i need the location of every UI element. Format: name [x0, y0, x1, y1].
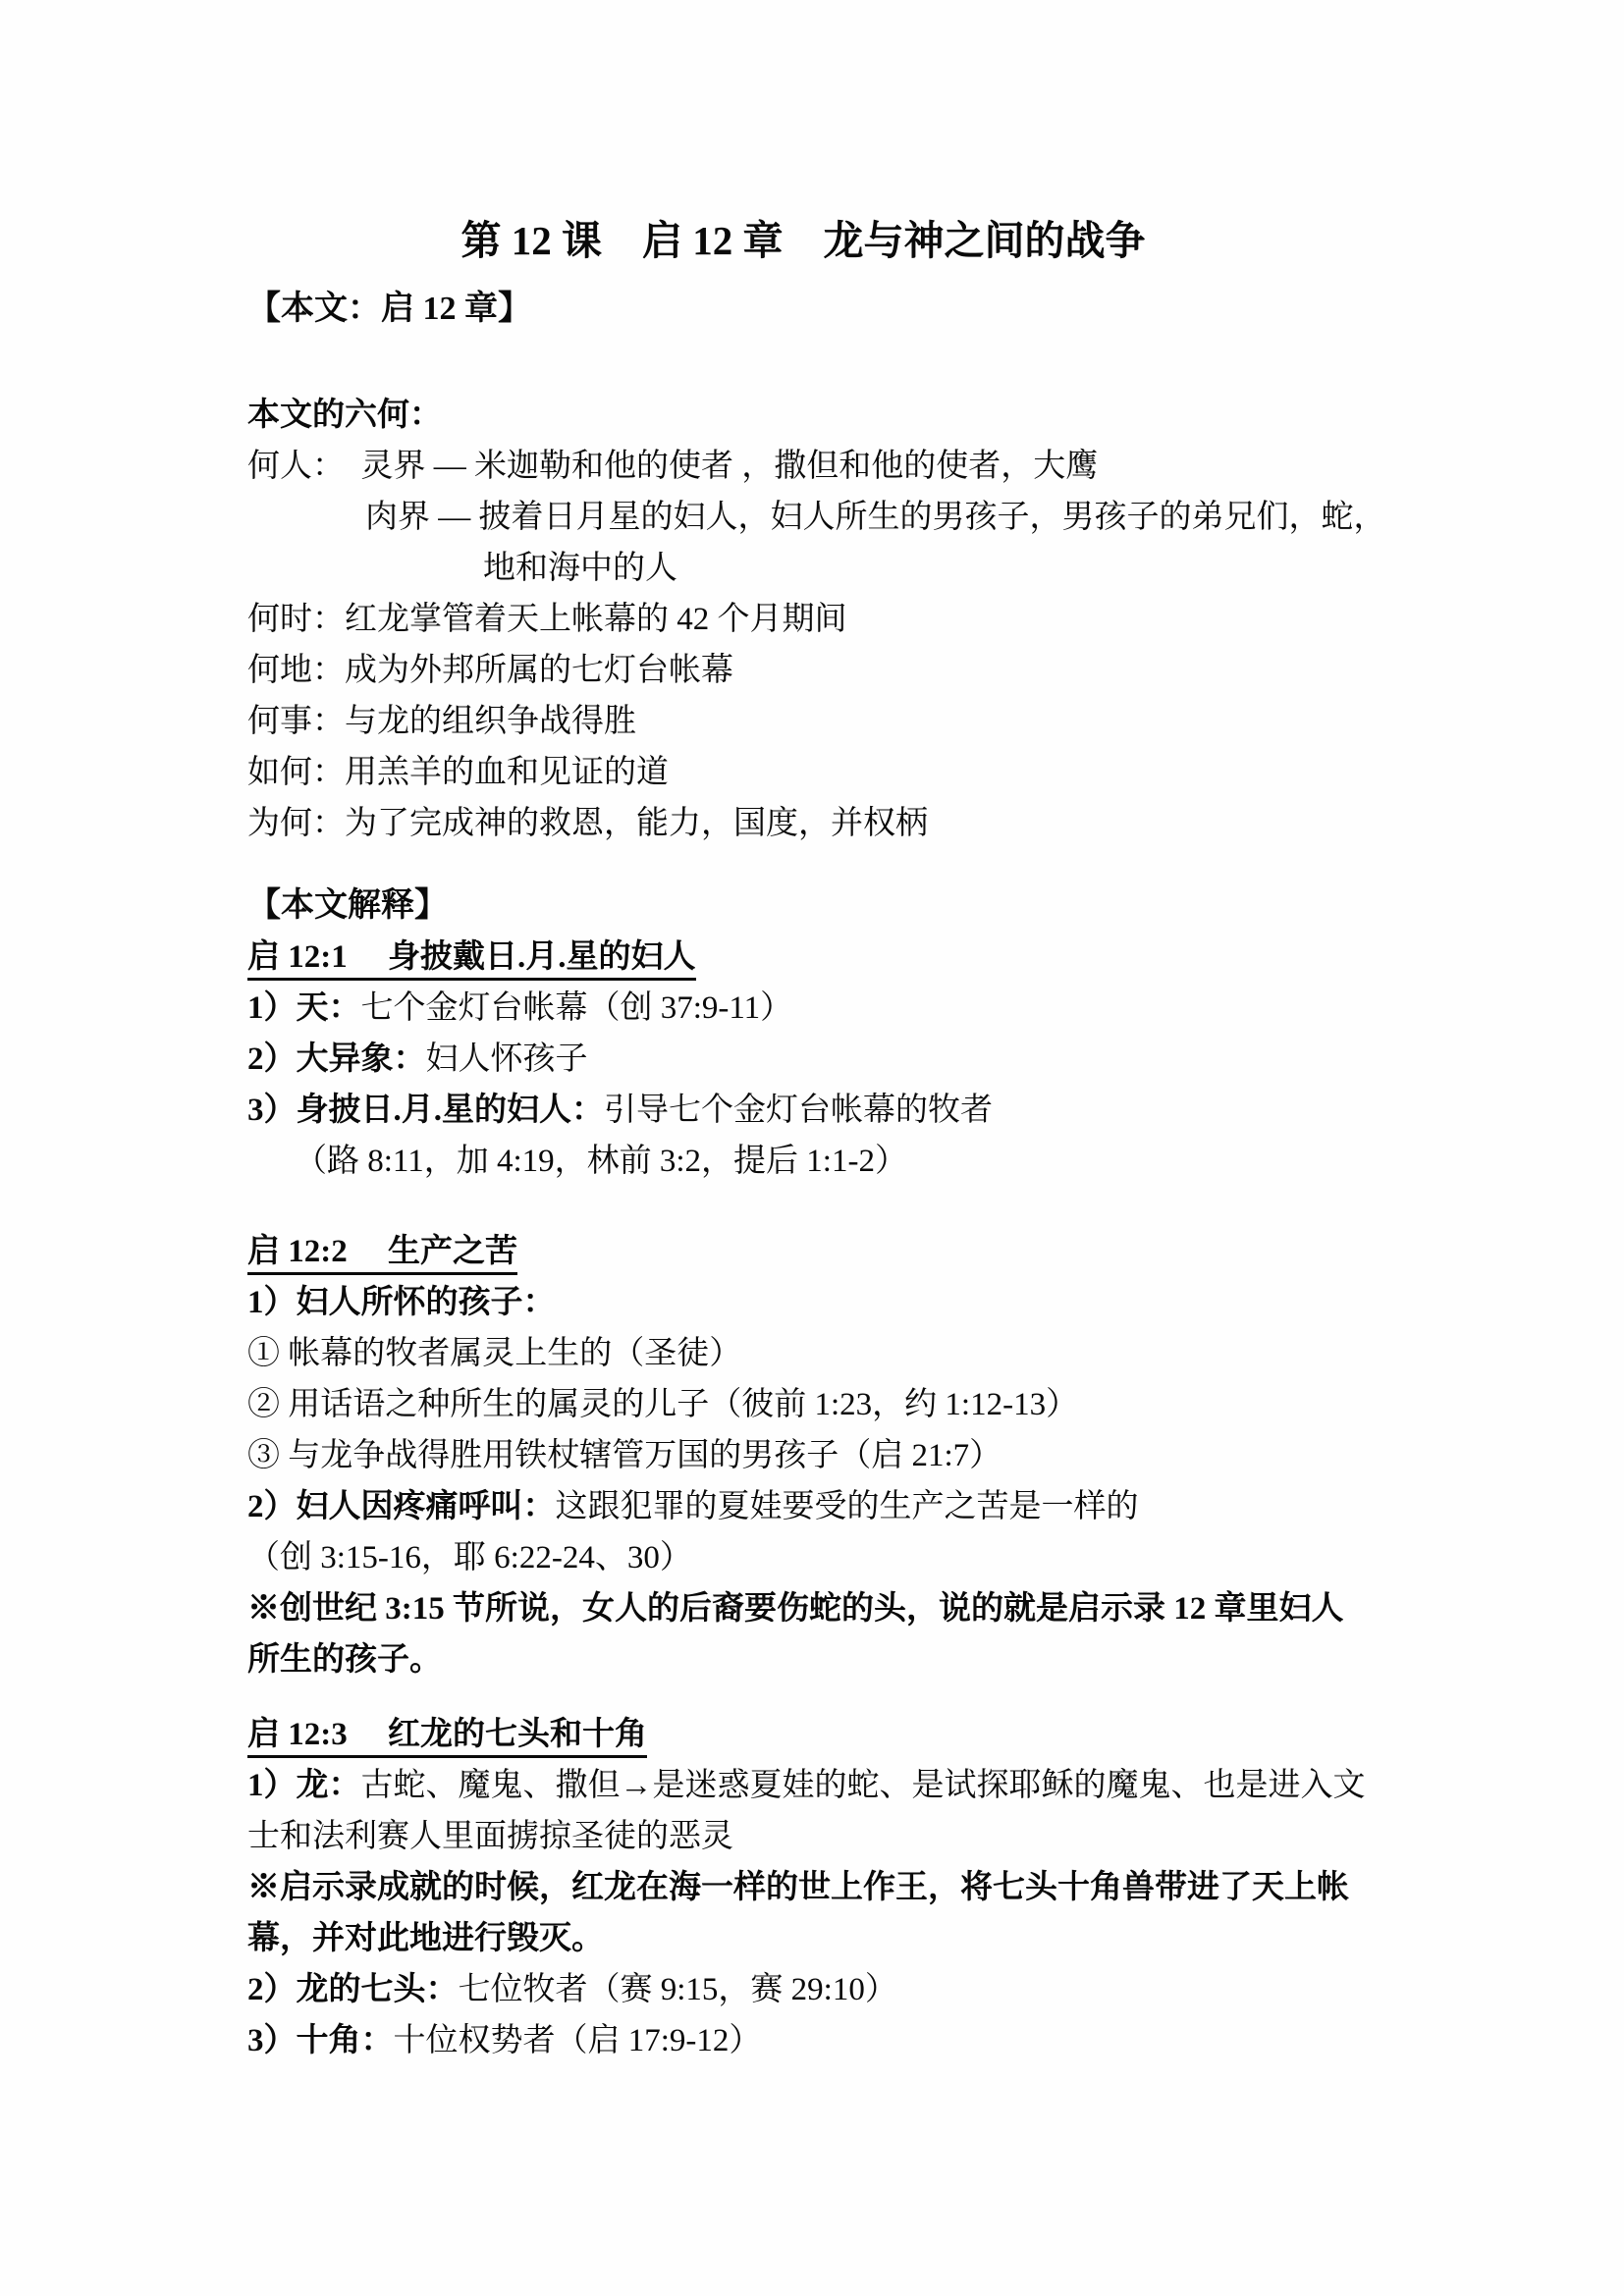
rev12-2-note-line2: 所生的孩子。 — [247, 1634, 1467, 1685]
rev12-3-item1-cont: 士和法利赛人里面掳掠圣徒的恶灵 — [247, 1811, 1467, 1862]
rev12-2-item1-label: 1）妇人所怀的孩子： — [247, 1285, 556, 1320]
rev12-3-item2-label: 2）龙的七头： — [247, 1972, 459, 2007]
rev12-2-item1: 1）妇人所怀的孩子： — [247, 1277, 1467, 1328]
rev12-2-sub3: ③ 与龙争战得胜用铁杖辖管万国的男孩子（启 21:7） — [247, 1430, 1467, 1481]
section-heading-rev12-1-text: 启 12:1 身披戴日.月.星的妇人 — [247, 939, 696, 981]
six-he-who-line1: 何人： 灵界 — 米迦勒和他的使者 ，撒但和他的使者，大鹰 — [247, 441, 1467, 492]
rev12-1-item1-label: 1）天： — [247, 990, 361, 1026]
document-content: 第 12 课 启 12 章 龙与神之间的战争 【本文：启 12 章】 本文的六何… — [0, 0, 1624, 2066]
section-heading-rev12-2-text: 启 12:2 生产之苦 — [247, 1234, 517, 1275]
rev12-1-item3-text: 引导七个金灯台帐幕的牧者 — [604, 1093, 993, 1128]
rev12-2-refs: （创 3:15-16，耶 6:22-24、30） — [247, 1532, 1467, 1583]
section-heading-rev12-1: 启 12:1 身披戴日.月.星的妇人 — [247, 932, 1467, 983]
six-he-why: 为何：为了完成神的救恩，能力，国度，并权柄 — [247, 798, 1467, 849]
page-title: 第 12 课 启 12 章 龙与神之间的战争 — [247, 211, 1467, 270]
section-heading-rev12-2: 启 12:2 生产之苦 — [247, 1226, 1467, 1277]
rev12-1-item2-label: 2）大异象： — [247, 1041, 426, 1077]
rev12-1-item2-text: 妇人怀孩子 — [426, 1041, 588, 1077]
rev12-2-sub2: ② 用话语之种所生的属灵的儿子（彼前 1:23，约 1:12-13） — [247, 1379, 1467, 1430]
document-page: 第 12 课 启 12 章 龙与神之间的战争 【本文：启 12 章】 本文的六何… — [0, 0, 1624, 2296]
section-heading-rev12-3-text: 启 12:3 红龙的七头和十角 — [247, 1717, 647, 1758]
six-he-how: 如何：用羔羊的血和见证的道 — [247, 747, 1467, 798]
rev12-3-item1: 1）龙：古蛇、魔鬼、撒但→是迷惑夏娃的蛇、是试探耶稣的魔鬼、也是进入文 — [247, 1760, 1467, 1811]
rev12-2-item2-text: 这跟犯罪的夏娃要受的生产之苦是一样的 — [556, 1489, 1139, 1524]
rev12-2-item2-label: 2）妇人因疼痛呼叫： — [247, 1489, 556, 1524]
rev12-1-item1: 1）天：七个金灯台帐幕（创 37:9-11） — [247, 983, 1467, 1034]
rev12-1-item3: 3）身披日.月.星的妇人：引导七个金灯台帐幕的牧者 — [247, 1085, 1467, 1136]
rev12-2-item2: 2）妇人因疼痛呼叫：这跟犯罪的夏娃要受的生产之苦是一样的 — [247, 1481, 1467, 1532]
rev12-3-item1-label: 1）龙： — [247, 1768, 361, 1803]
six-he-heading: 本文的六何： — [247, 390, 1467, 441]
rev12-1-item1-text: 七个金灯台帐幕（创 37:9-11） — [361, 990, 793, 1026]
six-he-where: 何地：成为外邦所属的七灯台帐幕 — [247, 645, 1467, 696]
six-he-who-line3: 地和海中的人 — [483, 543, 1467, 594]
subject-line: 【本文：启 12 章】 — [247, 284, 1467, 335]
rev12-2-note-line1: ※创世纪 3:15 节所说，女人的后裔要伤蛇的头，说的就是启示录 12 章里妇人 — [247, 1583, 1467, 1634]
rev12-2-sub1: ① 帐幕的牧者属灵上生的（圣徒） — [247, 1328, 1467, 1379]
rev12-1-refs: （路 8:11，加 4:19，林前 3:2，提后 1:1-2） — [295, 1136, 1467, 1187]
rev12-3-item3: 3）十角：十位权势者（启 17:9-12） — [247, 2015, 1467, 2066]
six-he-when: 何时：红龙掌管着天上帐幕的 42 个月期间 — [247, 594, 1467, 645]
rev12-1-item3-label: 3）身披日.月.星的妇人： — [247, 1093, 604, 1128]
rev12-3-note-line2: 幕，并对此地进行毁灭。 — [247, 1913, 1467, 1964]
rev12-3-item3-label: 3）十角： — [247, 2023, 394, 2058]
rev12-3-item3-text: 十位权势者（启 17:9-12） — [394, 2023, 762, 2058]
explain-heading: 【本文解释】 — [247, 881, 1467, 932]
six-he-who-line2: 肉界 — 披着日月星的妇人，妇人所生的男孩子，男孩子的弟兄们，蛇， — [365, 492, 1467, 543]
rev12-1-item2: 2）大异象：妇人怀孩子 — [247, 1034, 1467, 1085]
rev12-3-item2: 2）龙的七头：七位牧者（赛 9:15，赛 29:10） — [247, 1964, 1467, 2015]
rev12-3-note-line1: ※启示录成就的时候，红龙在海一样的世上作王，将七头十角兽带进了天上帐 — [247, 1862, 1467, 1913]
section-heading-rev12-3: 启 12:3 红龙的七头和十角 — [247, 1709, 1467, 1760]
rev12-3-item1-text: 古蛇、魔鬼、撒但→是迷惑夏娃的蛇、是试探耶稣的魔鬼、也是进入文 — [361, 1768, 1366, 1803]
rev12-3-item2-text: 七位牧者（赛 9:15，赛 29:10） — [459, 1972, 897, 2007]
six-he-what: 何事：与龙的组织争战得胜 — [247, 696, 1467, 747]
